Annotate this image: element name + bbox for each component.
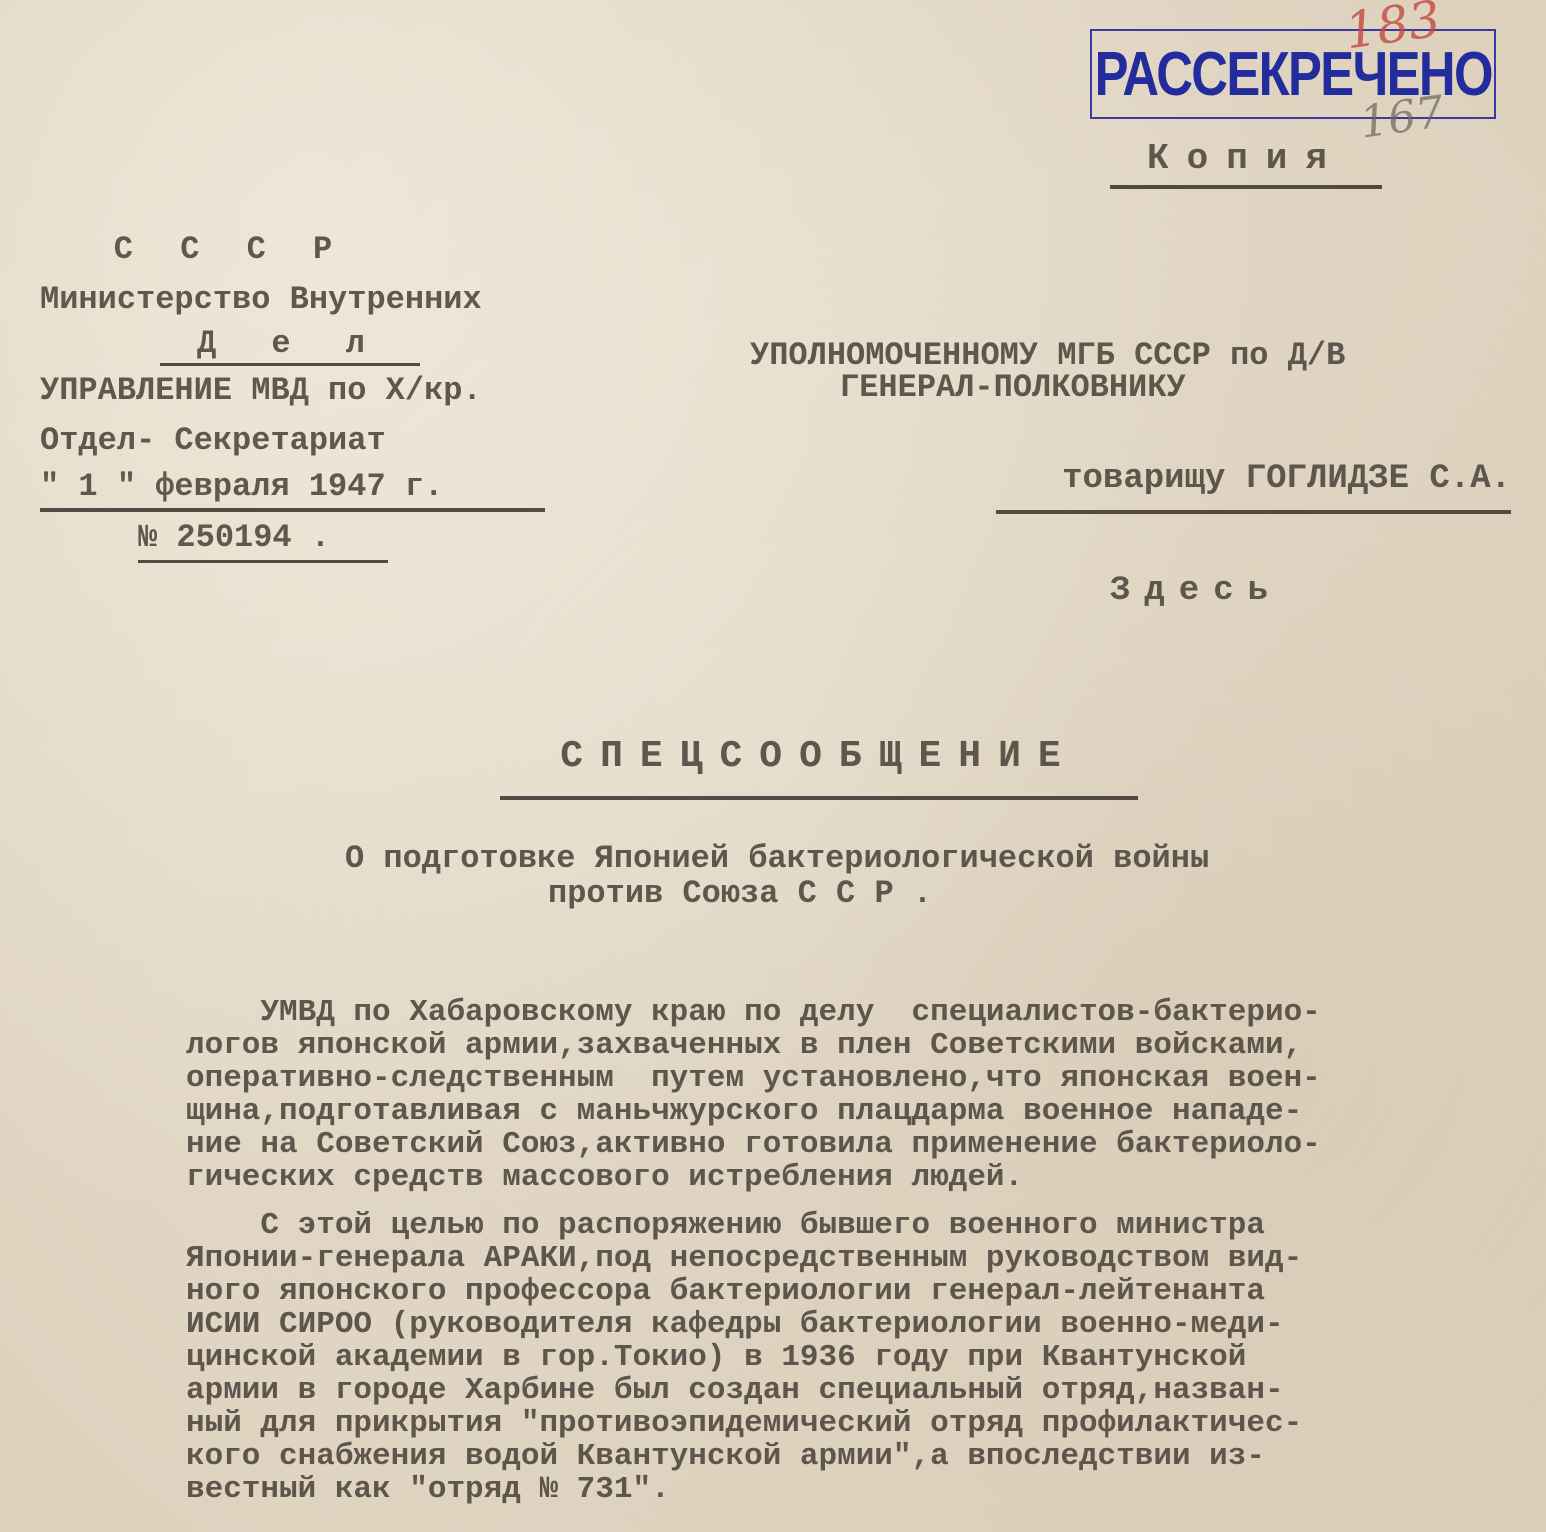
sender-department: УПРАВЛЕНИЕ МВД по Х/кр. xyxy=(40,366,580,416)
sender-section: Отдел- Секретариат xyxy=(40,416,580,466)
sender-date: " 1 " февраля 1947 г. xyxy=(40,466,545,512)
body-line: щина,подготавливая с маньчжурского плацд… xyxy=(186,1095,1526,1128)
sender-block: С С С Р Министерство Внутренних Д е л УП… xyxy=(40,225,580,563)
body-line: ИСИИ СИРОО (руководителя кафедры бактери… xyxy=(186,1308,1526,1341)
document-subtitle-line-2: против Союза С С Р . xyxy=(548,875,932,912)
document-subtitle-line-1: О подготовке Японией бактериологической … xyxy=(345,840,1209,877)
copy-mark: Копия xyxy=(1110,138,1382,189)
body-paragraph-1: УМВД по Хабаровскому краю по делу специа… xyxy=(186,996,1526,1194)
body-line: оперативно-следственным путем установлен… xyxy=(186,1062,1526,1095)
body-line: кого снабжения водой Квантунской армии",… xyxy=(186,1440,1526,1473)
body-line: вестный как "отряд № 731". xyxy=(186,1473,1526,1506)
body-line: ного японского профессора бактериологии … xyxy=(186,1275,1526,1308)
body-line: ный для прикрытия "противоэпидемический … xyxy=(186,1407,1526,1440)
body-line: УМВД по Хабаровскому краю по делу специа… xyxy=(186,996,1526,1029)
sender-country: С С С Р xyxy=(40,225,420,275)
body-line: гических средств массового истребления л… xyxy=(186,1161,1526,1194)
body-paragraph-2: С этой целью по распоряжению бывшего вое… xyxy=(186,1209,1526,1506)
body-line: ние на Советский Союз,активно готовила п… xyxy=(186,1128,1526,1161)
recipient-line-1: УПОЛНОМОЧЕННОМУ МГБ СССР по Д/В xyxy=(750,340,1345,372)
sender-ministry: Министерство Внутренних xyxy=(40,275,580,325)
body-line: логов японской армии,захваченных в плен … xyxy=(186,1029,1526,1062)
body-line: С этой целью по распоряжению бывшего вое… xyxy=(186,1209,1526,1242)
recipient-location: Здесь xyxy=(1110,572,1282,610)
body-line: Японии-генерала АРАКИ,под непосредственн… xyxy=(186,1242,1526,1275)
body-line: цинской академии в гор.Токио) в 1936 год… xyxy=(186,1341,1526,1374)
recipient-name: товарищу ГОГЛИДЗЕ С.А. xyxy=(996,460,1511,514)
body-line: армии в городе Харбине был создан специа… xyxy=(186,1374,1526,1407)
sender-doc-number: № 250194 . xyxy=(138,516,388,563)
recipient-line-2: ГЕНЕРАЛ-ПОЛКОВНИКУ xyxy=(840,372,1186,404)
sender-ministry-cont: Д е л xyxy=(160,325,420,366)
document-title: СПЕЦСООБЩЕНИЕ xyxy=(500,735,1138,800)
